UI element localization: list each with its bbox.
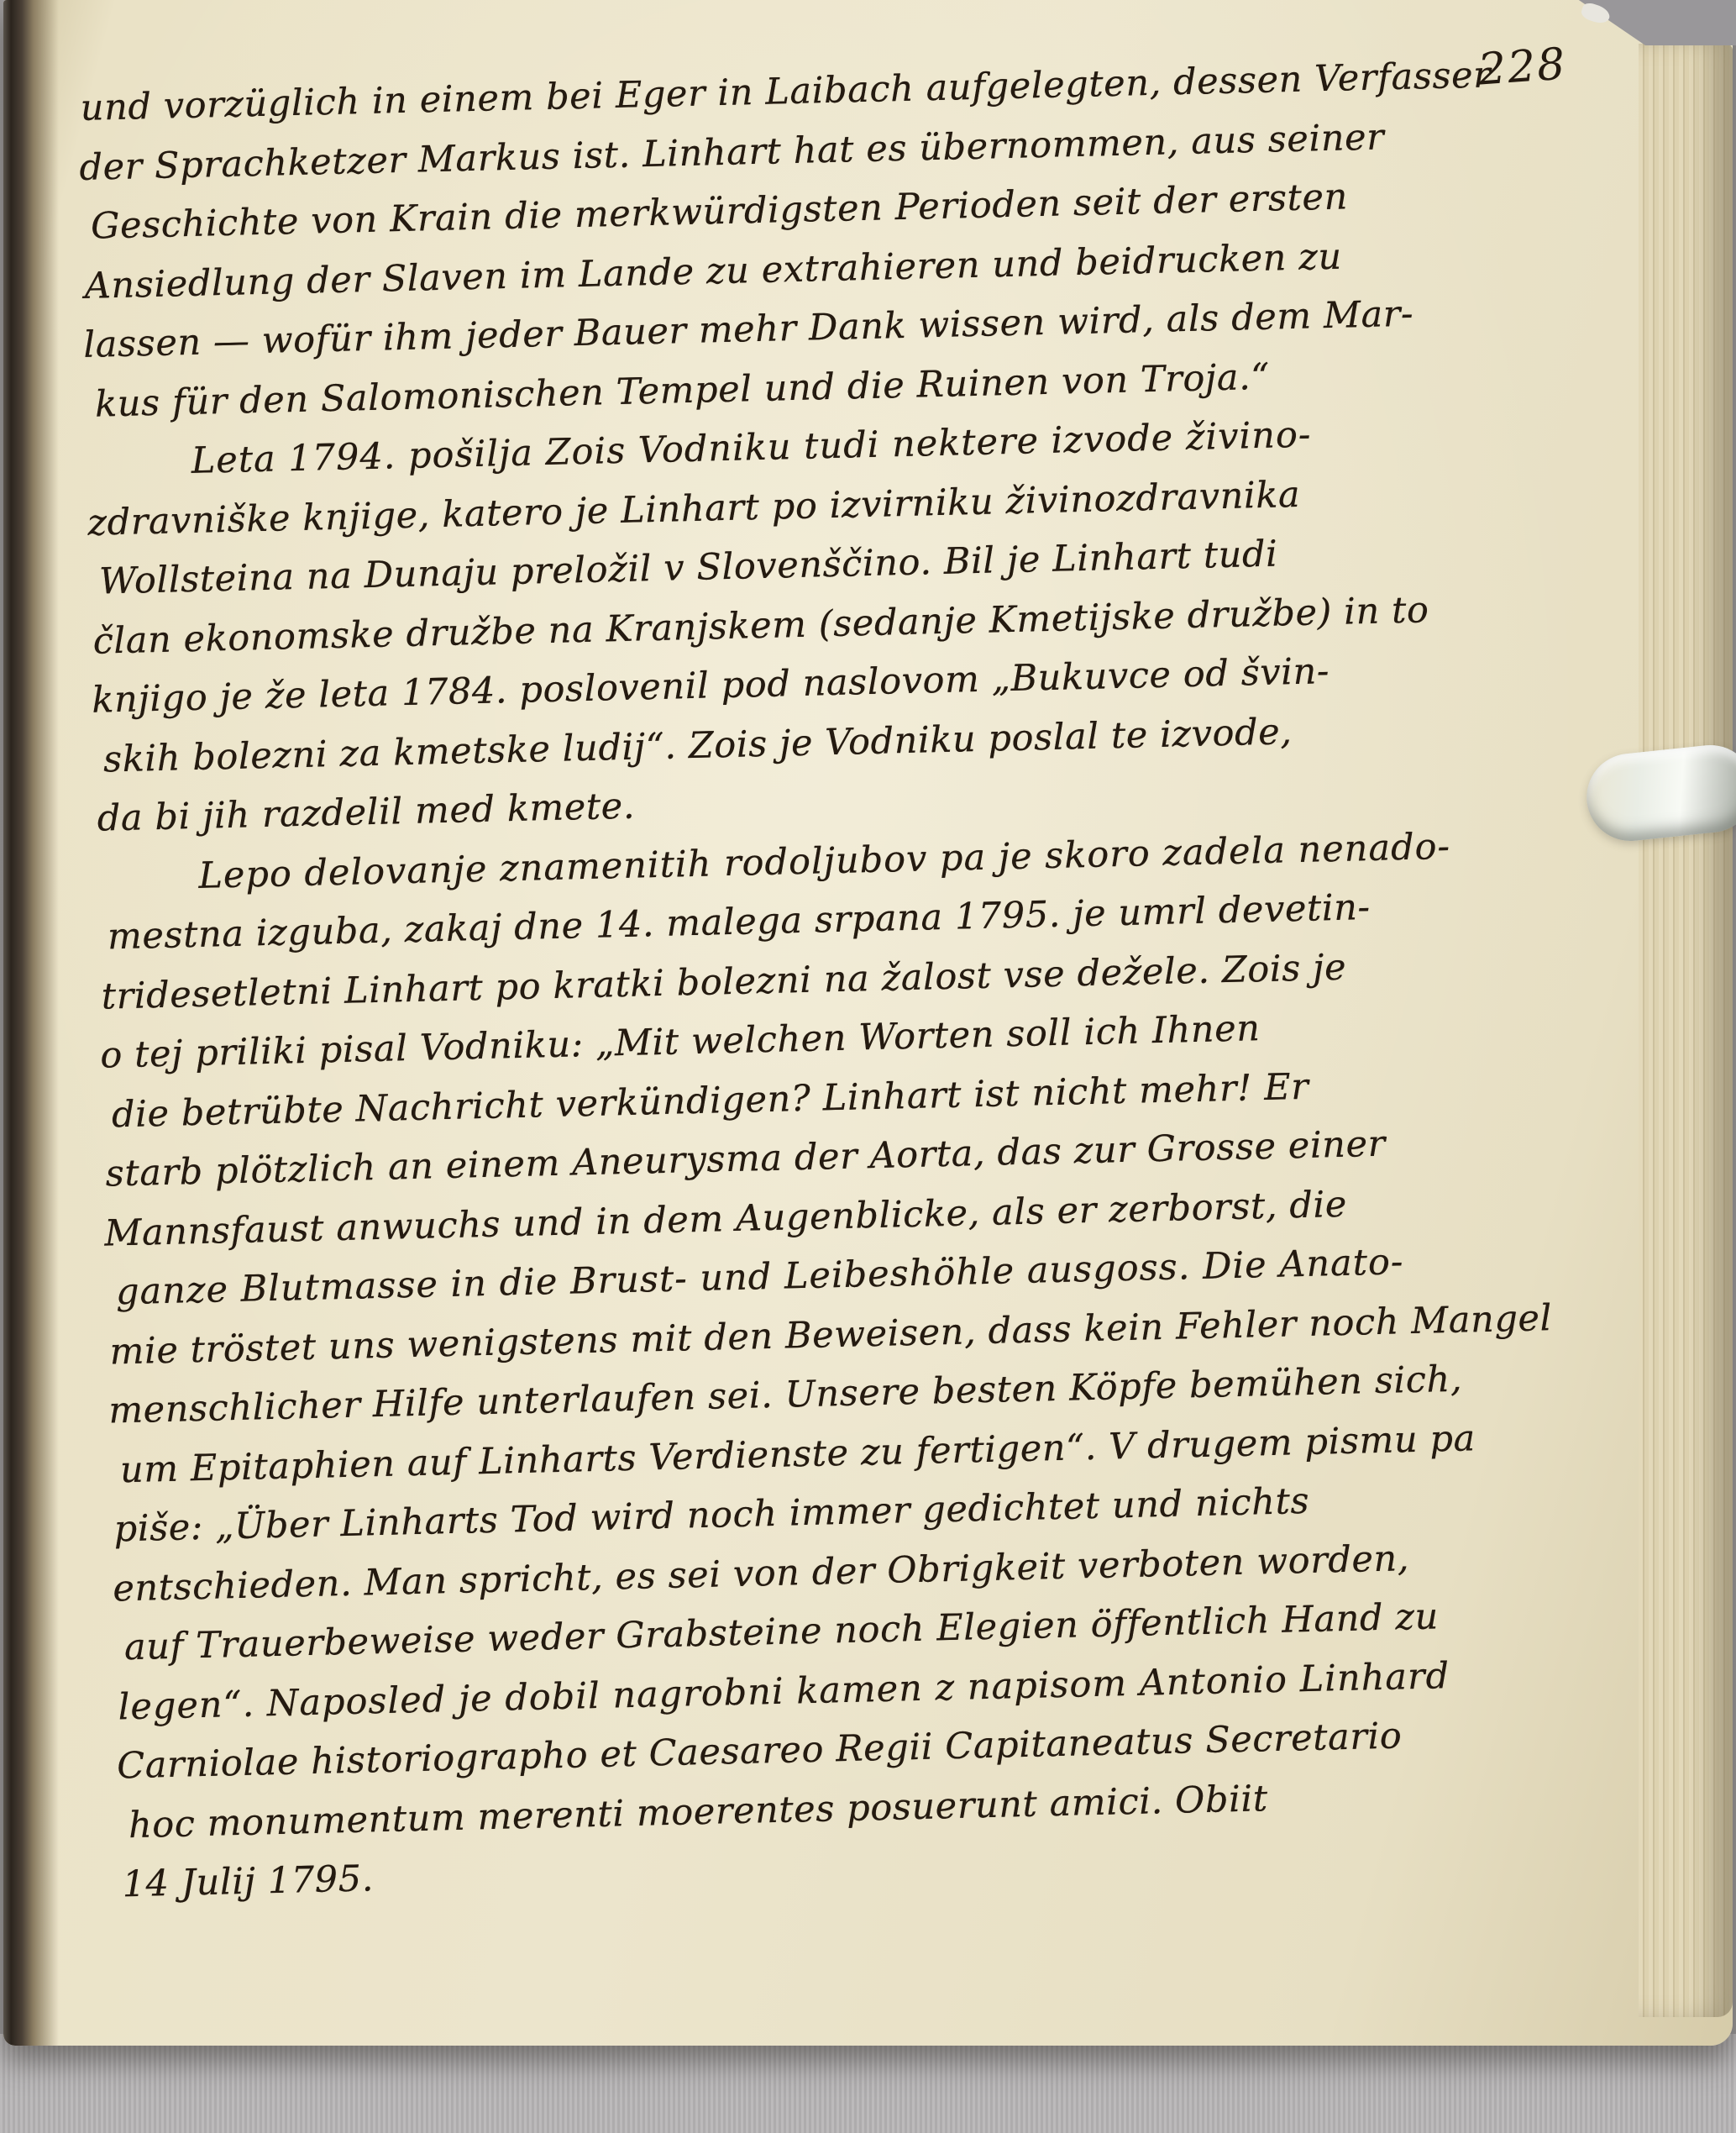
- table-surface: [0, 2034, 1736, 2133]
- photo-of-manuscript: 228 und vorzüglich in einem bei Eger in …: [0, 0, 1736, 2133]
- handwriting-text: und vorzüglich in einem bei Eger in Laib…: [77, 43, 1665, 1915]
- manuscript-page: 228 und vorzüglich in einem bei Eger in …: [3, 0, 1733, 2046]
- book-spine-edge: [3, 0, 59, 2046]
